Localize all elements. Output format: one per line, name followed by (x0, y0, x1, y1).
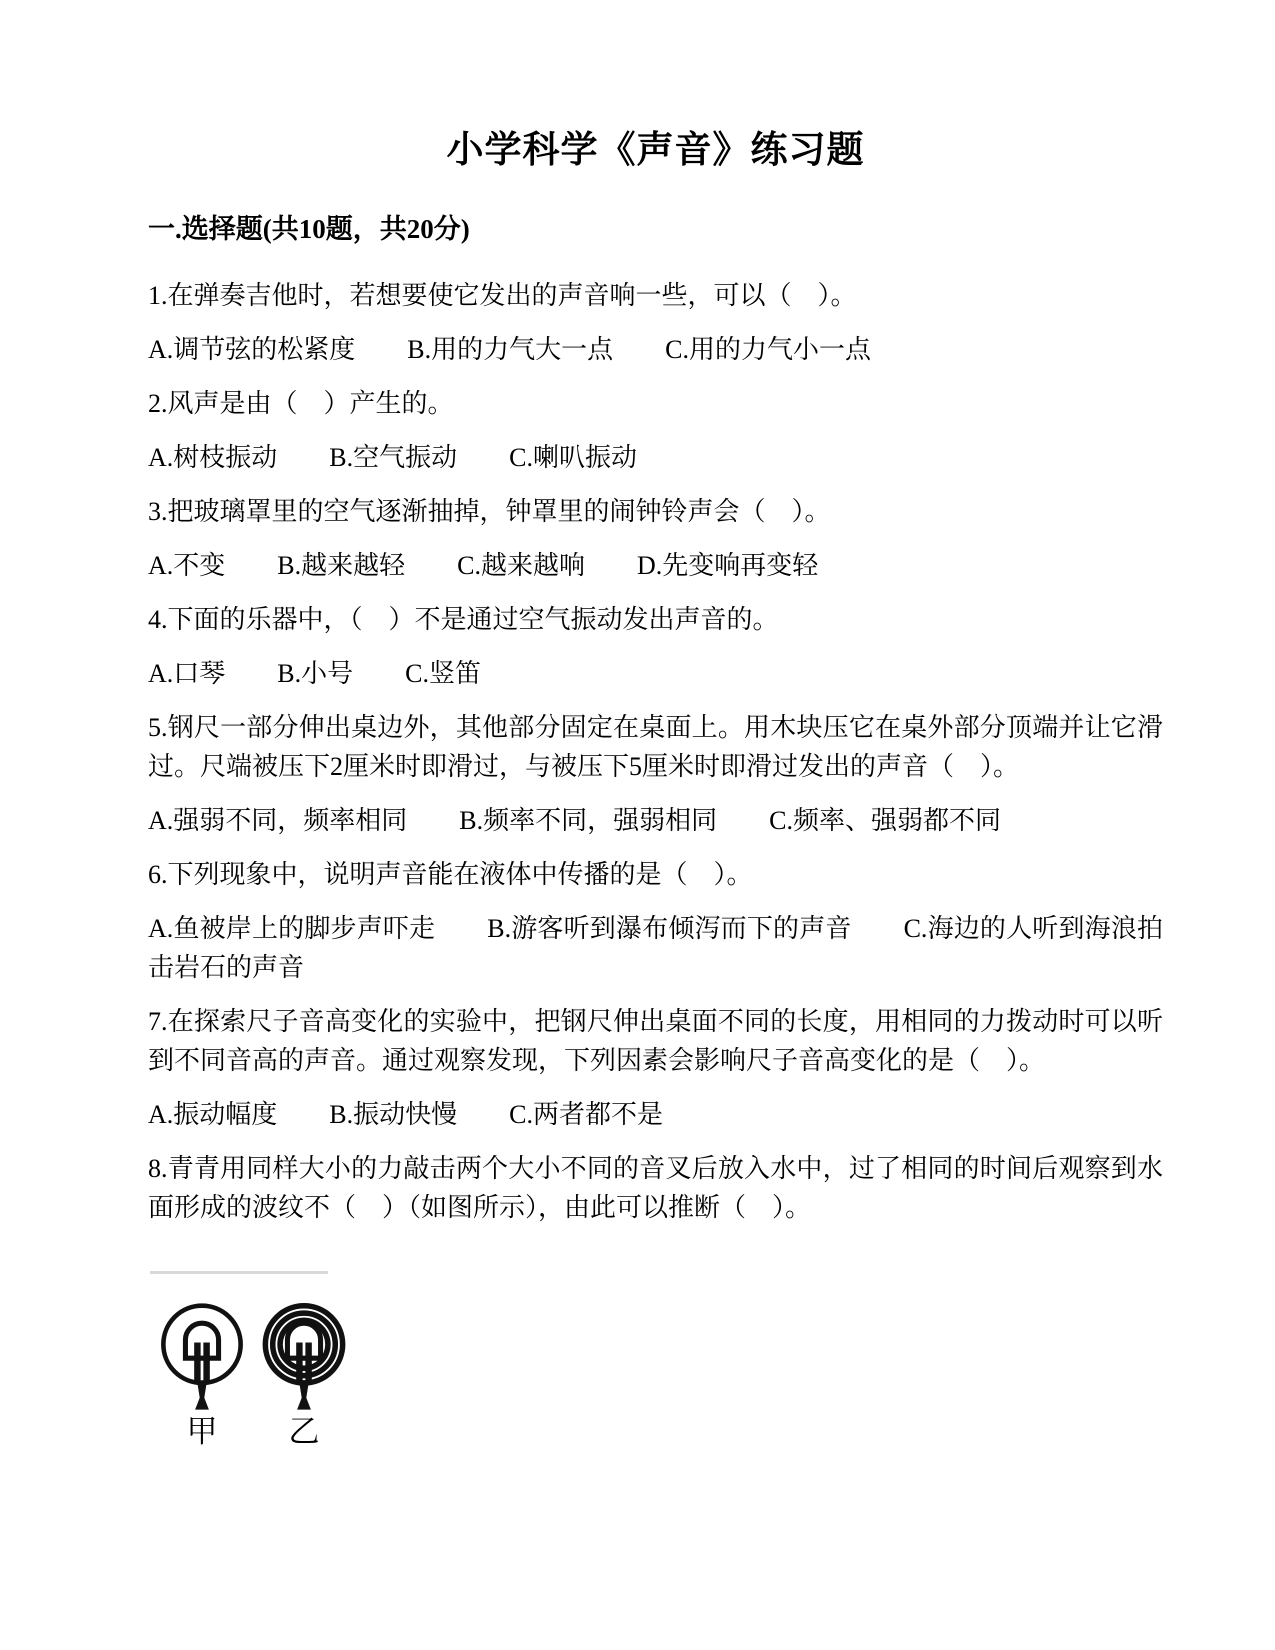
section-header: 一.选择题(共10题，共20分) (148, 208, 1163, 250)
option: A.树枝振动 (148, 443, 277, 472)
option: C.越来越响 (457, 551, 585, 580)
option: A.口琴 (148, 659, 225, 688)
tuning-forks-row (156, 1301, 1163, 1419)
worksheet-page: 小学科学《声音》练习题 一.选择题(共10题，共20分) 1.在弹奏吉他时，若想… (0, 0, 1273, 1449)
figure-faint-line (150, 1271, 328, 1274)
option: B.频率不同，强弱相同 (459, 806, 717, 835)
option: D.先变响再变轻 (637, 551, 818, 580)
option: A.鱼被岸上的脚步声吓走 (148, 914, 435, 943)
option: B.振动快慢 (329, 1100, 457, 1129)
question-2-options: A.树枝振动B.空气振动C.喇叭振动 (148, 438, 1163, 477)
tuning-fork-figure: 甲 乙 (148, 1271, 1163, 1449)
page-title: 小学科学《声音》练习题 (148, 126, 1163, 176)
option: C.喇叭振动 (509, 443, 637, 472)
question-7-text: 7.在探索尺子音高变化的实验中，把钢尺伸出桌面不同的长度，用相同的力拨动时可以听… (148, 1002, 1163, 1080)
question-1-text: 1.在弹奏吉他时，若想要使它发出的声音响一些，可以（ ）。 (148, 276, 1163, 315)
question-4-options: A.口琴B.小号C.竖笛 (148, 654, 1163, 693)
question-8-text: 8.青青用同样大小的力敲击两个大小不同的音叉后放入水中，过了相同的时间后观察到水… (148, 1149, 1163, 1227)
option: C.竖笛 (405, 659, 481, 688)
question-3-text: 3.把玻璃罩里的空气逐渐抽掉，钟罩里的闹钟铃声会（ ）。 (148, 492, 1163, 531)
fork-labels: 甲 乙 (156, 1415, 1163, 1449)
fork-label-yi: 乙 (258, 1415, 350, 1449)
option: B.用的力气大一点 (407, 335, 613, 364)
question-1-options: A.调节弦的松紧度B.用的力气大一点C.用的力气小一点 (148, 330, 1163, 369)
question-2-text: 2.风声是由（ ）产生的。 (148, 384, 1163, 423)
option: C.频率、强弱都不同 (769, 806, 1001, 835)
question-6-options: A.鱼被岸上的脚步声吓走B.游客听到瀑布倾泻而下的声音C.海边的人听到海浪拍击岩… (148, 909, 1163, 987)
question-3-options: A.不变B.越来越轻C.越来越响D.先变响再变轻 (148, 546, 1163, 585)
question-5-text: 5.钢尺一部分伸出桌边外，其他部分固定在桌面上。用木块压它在桌外部分顶端并让它滑… (148, 708, 1163, 786)
question-4-text: 4.下面的乐器中，（ ）不是通过空气振动发出声音的。 (148, 600, 1163, 639)
question-6-text: 6.下列现象中，说明声音能在液体中传播的是（ ）。 (148, 855, 1163, 894)
option: B.空气振动 (329, 443, 457, 472)
option: A.调节弦的松紧度 (148, 335, 355, 364)
option: A.振动幅度 (148, 1100, 277, 1129)
fork-label-jia: 甲 (156, 1415, 248, 1449)
question-7-options: A.振动幅度B.振动快慢C.两者都不是 (148, 1095, 1163, 1134)
option: A.强弱不同，频率相同 (148, 806, 407, 835)
tuning-fork-jia-icon (156, 1301, 248, 1419)
option: C.两者都不是 (509, 1100, 663, 1129)
question-5-options: A.强弱不同，频率相同B.频率不同，强弱相同C.频率、强弱都不同 (148, 801, 1163, 840)
option: C.用的力气小一点 (665, 335, 871, 364)
tuning-fork-yi-icon (258, 1301, 350, 1419)
option: B.越来越轻 (277, 551, 405, 580)
option: A.不变 (148, 551, 225, 580)
option: B.小号 (277, 659, 353, 688)
option: B.游客听到瀑布倾泻而下的声音 (487, 914, 851, 943)
